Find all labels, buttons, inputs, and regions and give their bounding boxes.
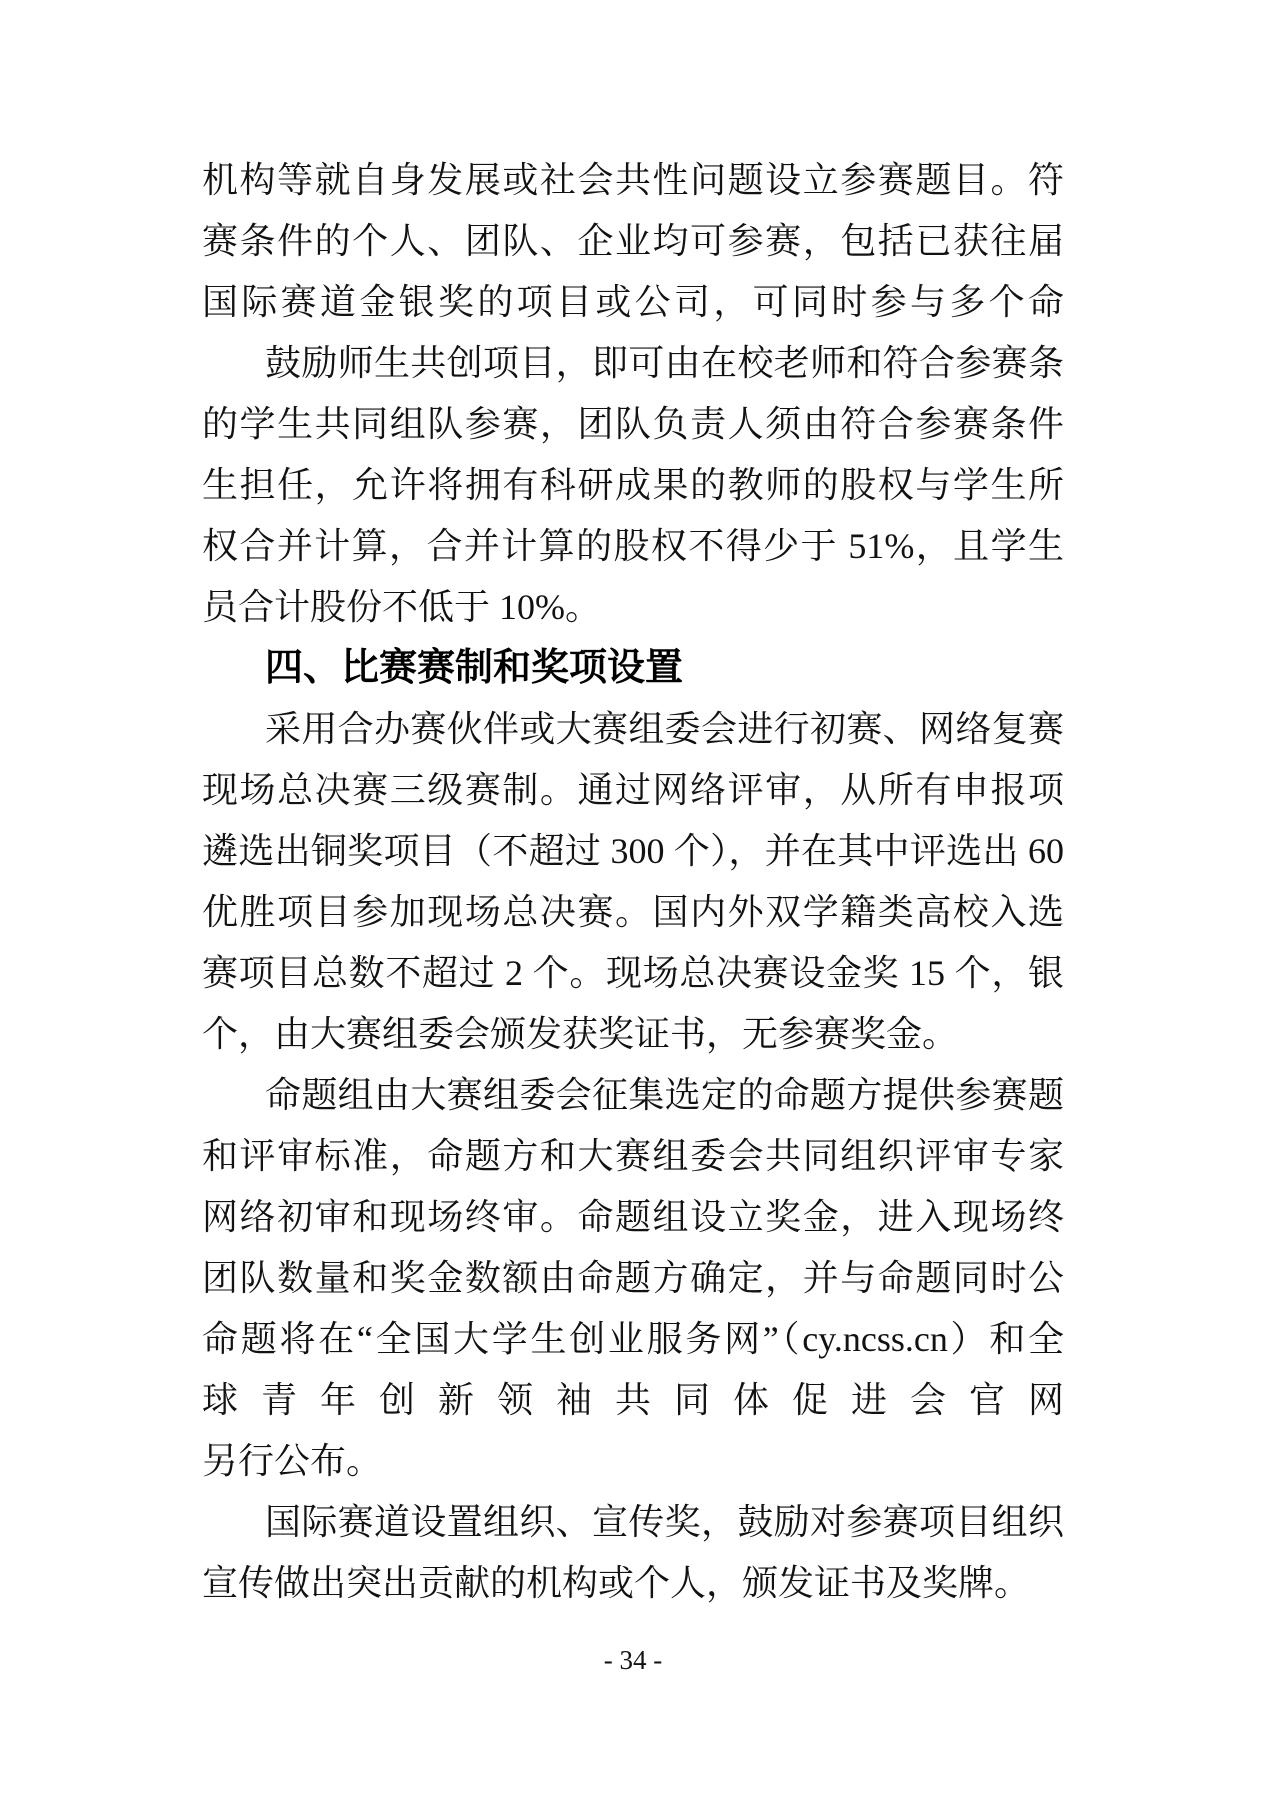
- text-line: 和评审标准，命题方和大赛组委会共同组织评审专家进行: [202, 1126, 1064, 1187]
- text-line: 现场总决赛三级赛制。通过网络评审，从所有申报项目中: [202, 760, 1064, 821]
- text-line: 优胜项目参加现场总决赛。国内外双学籍类高校入选总决: [202, 882, 1064, 943]
- text-line: 国际赛道设置组织、宣传奖，鼓励对参赛项目组织或: [202, 1492, 1064, 1553]
- text-line: 机构等就自身发展或社会共性问题设立参赛题目。符合参: [202, 150, 1064, 211]
- text-line: 赛项目总数不超过 2 个。现场总决赛设金奖 15 个，银奖 45: [202, 943, 1064, 1004]
- text-line: 的学生共同组队参赛，团队负责人须由符合参赛条件的学: [202, 394, 1064, 455]
- text-line: 个，由大赛组委会颁发获奖证书，无参赛奖金。: [202, 1004, 1064, 1065]
- text-line: 采用合办赛伙伴或大赛组委会进行初赛、网络复赛和: [202, 699, 1064, 760]
- text-line: 宣传做出突出贡献的机构或个人，颁发证书及奖牌。: [202, 1553, 1064, 1614]
- text-line: 生担任，允许将拥有科研成果的教师的股权与学生所持股: [202, 455, 1064, 516]
- text-line: 鼓励师生共创项目，即可由在校老师和符合参赛条件: [202, 333, 1064, 394]
- text-block: 机构等就自身发展或社会共性问题设立参赛题目。符合参 赛条件的个人、团队、企业均可…: [202, 150, 1064, 1614]
- text-line: 员合计股份不低于 10%。: [202, 577, 1064, 638]
- text-line: 权合并计算，合并计算的股权不得少于 51%，且学生参赛成: [202, 516, 1064, 577]
- text-line: 网络初审和现场终审。命题组设立奖金，进入现场终审的: [202, 1187, 1064, 1248]
- text-line: 赛条件的个人、团队、企业均可参赛，包括已获往届大赛: [202, 211, 1064, 272]
- page-number: - 34 -: [202, 1645, 1064, 1676]
- text-line: 团队数量和奖金数额由命题方确定，并与命题同时公布。: [202, 1248, 1064, 1309]
- text-line: 遴选出铜奖项目（不超过 300 个），并在其中评选出 60 个: [202, 821, 1064, 882]
- text-line: 命题组由大赛组委会征集选定的命题方提供参赛题目: [202, 1065, 1064, 1126]
- section-heading: 四、比赛赛制和奖项设置: [202, 638, 1064, 699]
- text-line: 国际赛道金银奖的项目或公司，可同时参与多个命题。: [202, 272, 1064, 333]
- text-line: 球青年创新领袖共同体促进会官网（www.pilcchina.org）: [202, 1370, 1064, 1431]
- text-line: 另行公布。: [202, 1431, 1064, 1492]
- text-line: 命题将在“全国大学生创业服务网”（cy.ncss.cn）和全: [202, 1309, 1064, 1370]
- document-page: 机构等就自身发展或社会共性问题设立参赛题目。符合参 赛条件的个人、团队、企业均可…: [0, 0, 1280, 1810]
